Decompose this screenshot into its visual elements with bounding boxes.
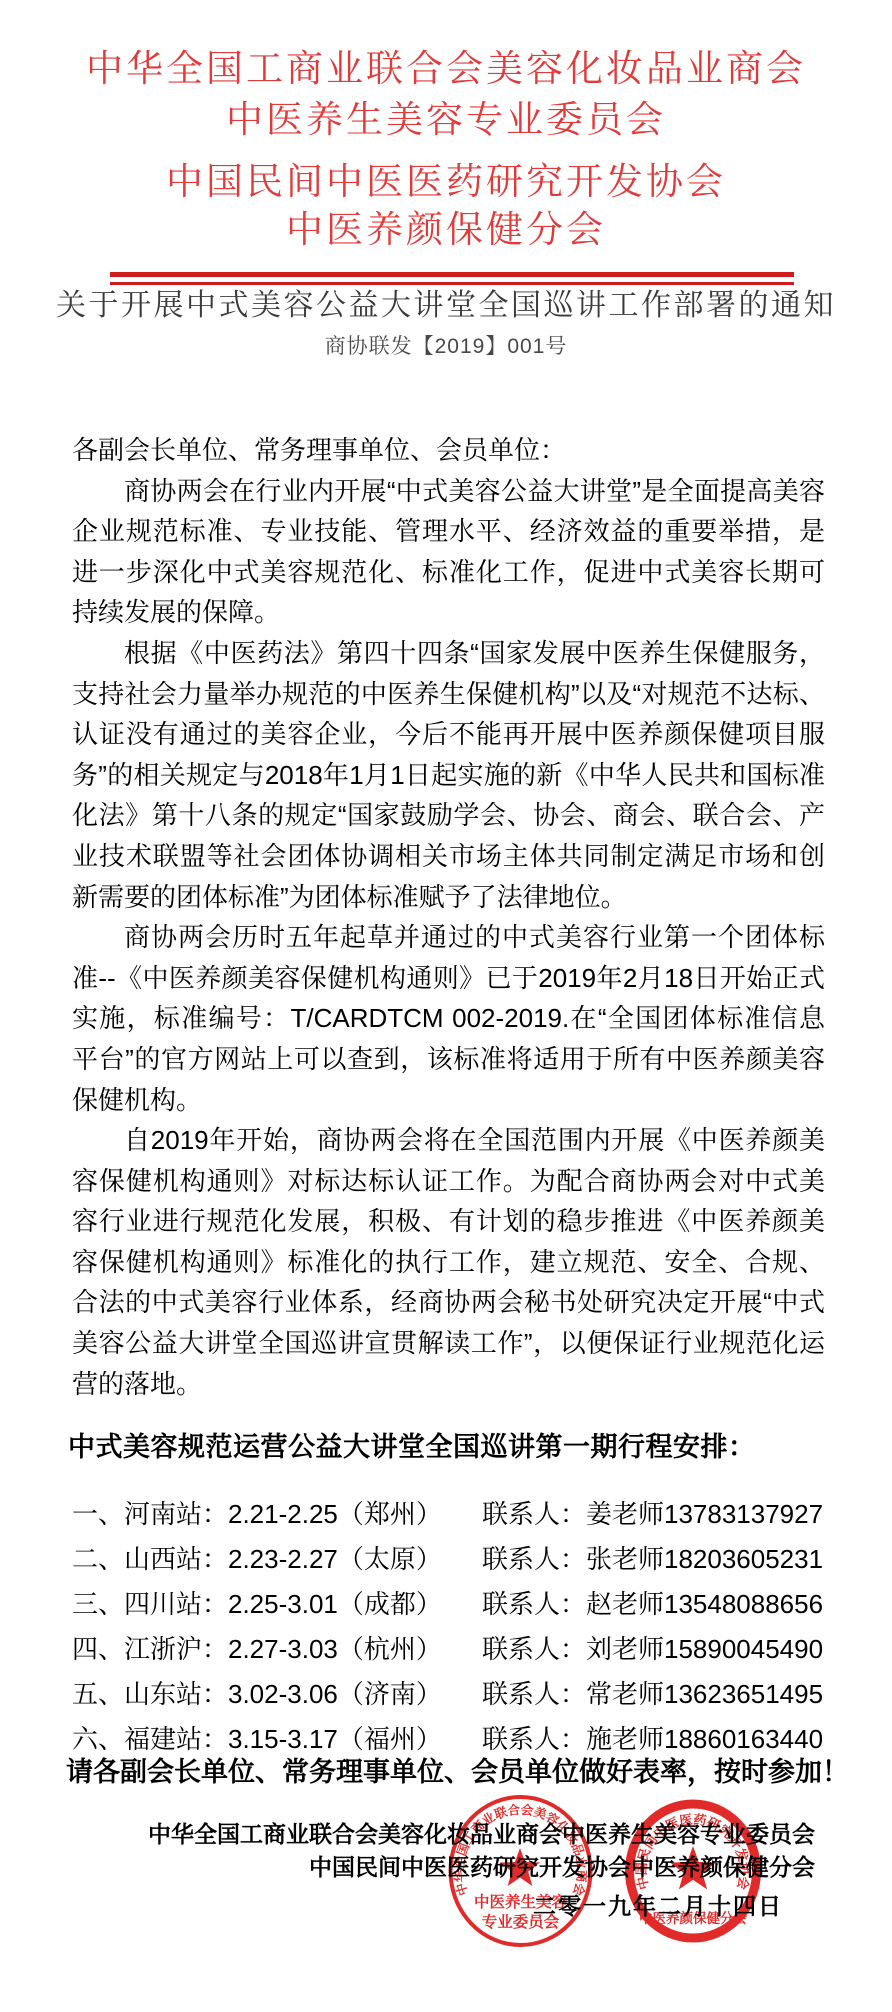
seal-right-graphic: 中国民间中医医药研究开发协会 中医养颜保健分会 [623, 1798, 763, 1944]
schedule-contact: 联系人：张老师18203605231 [482, 1537, 832, 1582]
body-paragraph-4: 自2019年开始，商协两会将在全国范围内开展《中医养颜美容保健机构通则》对标达标… [72, 1120, 825, 1404]
schedule-row: 五、山东站：3.02-3.06（济南） 联系人：常老师13623651495 [72, 1672, 832, 1717]
letterhead-org-line-2: 中医养生美容专业委员会 [0, 101, 892, 141]
star-icon [500, 1848, 540, 1886]
schedule-station: 一、河南站：2.21-2.25（郑州） [72, 1492, 482, 1537]
star-icon [670, 1846, 716, 1889]
seal-center-text-1: 中医养颜保健分会 [639, 1910, 747, 1926]
schedule-contact: 联系人：常老师13623651495 [482, 1672, 832, 1717]
schedule-contact: 联系人：姜老师13783137927 [482, 1492, 832, 1537]
official-seal-left: 中华全国工商业联合会美容化妆品业商会 中医养生美容 专业委员会 [448, 1795, 593, 1947]
body-paragraph-2: 根据《中医药法》第四十四条“国家发展中医养生保健服务，支持社会力量举办规范的中医… [72, 633, 825, 917]
schedule-heading: 中式美容规范运营公益大讲堂全国巡讲第一期行程安排： [68, 1430, 848, 1464]
letterhead-org-line-3: 中国民间中医医药研究开发协会 [0, 163, 892, 203]
body-paragraph-1: 商协两会在行业内开展“中式美容公益大讲堂”是全面提高美容企业规范标准、专业技能、… [72, 471, 825, 633]
schedule-station: 三、四川站：2.25-3.01（成都） [72, 1582, 482, 1627]
red-double-rule-divider [110, 272, 794, 286]
seal-center-text-2: 专业委员会 [482, 1912, 560, 1931]
notice-doc-number: 商协联发【2019】001号 [0, 333, 892, 361]
notice-title: 关于开展中式美容公益大讲堂全国巡讲工作部署的通知 [0, 288, 892, 324]
seal-center-text-1: 中医养生美容 [474, 1892, 568, 1911]
schedule-station: 五、山东站：3.02-3.06（济南） [72, 1672, 482, 1717]
schedule-row: 三、四川站：2.25-3.01（成都） 联系人：赵老师13548088656 [72, 1582, 832, 1627]
schedule-contact: 联系人：刘老师15890045490 [482, 1627, 832, 1672]
salutation: 各副会长单位、常务理事单位、会员单位： [72, 430, 825, 471]
official-seal-right: 中国民间中医医药研究开发协会 中医养颜保健分会 [623, 1798, 763, 1944]
letterhead-org-line-4: 中医养颜保健分会 [0, 211, 892, 251]
schedule-row: 一、河南站：2.21-2.25（郑州） 联系人：姜老师13783137927 [72, 1492, 832, 1537]
schedule-list: 一、河南站：2.21-2.25（郑州） 联系人：姜老师13783137927 二… [72, 1492, 832, 1762]
body-paragraph-3: 商协两会历时五年起草并通过的中式美容行业第一个团体标准--《中医养颜美容保健机构… [72, 917, 825, 1120]
schedule-contact: 联系人：赵老师13548088656 [482, 1582, 832, 1627]
schedule-row: 四、江浙沪：2.27-3.03（杭州） 联系人：刘老师15890045490 [72, 1627, 832, 1672]
schedule-row: 二、山西站：2.23-2.27（太原） 联系人：张老师18203605231 [72, 1537, 832, 1582]
schedule-station: 二、山西站：2.23-2.27（太原） [72, 1537, 482, 1582]
schedule-station: 四、江浙沪：2.27-3.03（杭州） [72, 1627, 482, 1672]
notice-document: 中华全国工商业联合会美容化妆品业商会 中医养生美容专业委员会 中国民间中医医药研… [0, 0, 892, 2012]
notice-body: 各副会长单位、常务理事单位、会员单位： 商协两会在行业内开展“中式美容公益大讲堂… [72, 430, 825, 1404]
closing-call-to-action: 请各副会长单位、常务理事单位、会员单位做好表率，按时参加！ [66, 1752, 856, 1792]
letterhead-org-line-1: 中华全国工商业联合会美容化妆品业商会 [0, 50, 892, 90]
seal-left-graphic: 中华全国工商业联合会美容化妆品业商会 中医养生美容 专业委员会 [448, 1795, 593, 1947]
divider-thin-bar [110, 282, 794, 285]
